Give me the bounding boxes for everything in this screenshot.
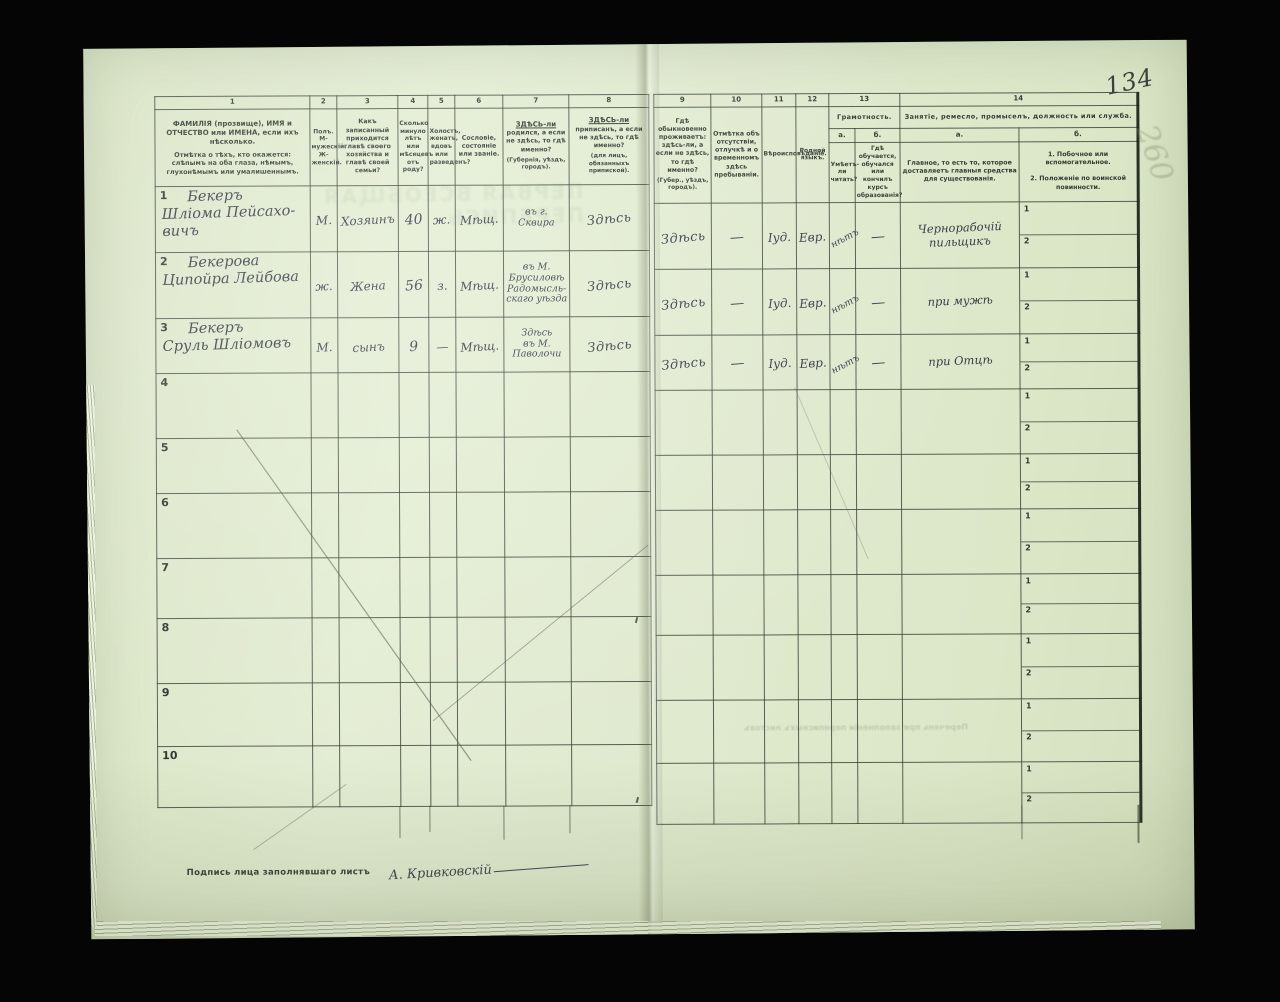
age-cell: 40 xyxy=(398,185,428,251)
table-row: 2 Бекерова Ципойра Лейбова ж. Жена 56 з.… xyxy=(155,250,649,318)
name-handwriting: Бекеръ Шліома Пейсахо- вичъ xyxy=(161,186,310,242)
name-handwriting: Бекеръ Сруль Шліомовъ xyxy=(162,318,311,357)
residence-cell xyxy=(656,700,713,763)
marital-handwriting: ж. xyxy=(433,212,451,227)
side-occupation-cell: 1 2 xyxy=(1020,388,1139,454)
patronymic-handwriting xyxy=(164,682,312,687)
estate-cell: Мѣщ. xyxy=(456,317,504,372)
literacy-cell xyxy=(831,574,857,634)
education-cell: — xyxy=(856,268,901,334)
col13a-letter: а. xyxy=(829,129,855,143)
sub-row-2-label: 2 xyxy=(1024,236,1030,245)
givenname-handwriting: Ципойра Лейбова xyxy=(162,269,310,291)
birthplace-cell xyxy=(505,492,571,557)
givenname-handwriting xyxy=(163,372,311,377)
absence-cell xyxy=(712,455,763,510)
birthplace-cell xyxy=(504,372,570,437)
table-row: 5 xyxy=(156,436,650,493)
estate-handwriting: Мѣщ. xyxy=(460,278,499,294)
givenname-handwriting: Сруль Шліомовъ xyxy=(162,335,310,357)
sub-row-2-label: 2 xyxy=(1024,302,1030,311)
side-occupation-cell: 1 2 xyxy=(1021,633,1140,699)
religion-cell xyxy=(763,454,797,509)
occupation-handwriting: при мужѣ xyxy=(901,291,1019,310)
literacy-cell xyxy=(831,509,857,574)
relation-handwriting: Жена xyxy=(350,278,386,294)
sex-cell xyxy=(312,493,339,558)
relation-cell xyxy=(339,618,400,683)
name-cell: 7 xyxy=(157,558,312,619)
language-cell xyxy=(797,454,830,509)
left-table-body: 1 Бекеръ Шліома Пейсахо- вичъ М. Хозяинъ… xyxy=(155,184,652,807)
religion-cell: Іуд. xyxy=(763,268,797,334)
occupation-handwriting xyxy=(903,728,1021,733)
col14a-header: Главное, то есть то, которое доставляетъ… xyxy=(900,142,1019,202)
center-fold xyxy=(635,42,663,937)
sex-handwriting: ж. xyxy=(315,279,333,294)
col10-header: Отмѣтка объ отсутствіи, отлучкѣ и о врем… xyxy=(711,107,762,203)
givenname-handwriting xyxy=(164,682,312,687)
education-handwriting: — xyxy=(871,294,886,311)
name-handwriting xyxy=(163,372,311,377)
education-cell xyxy=(857,574,902,634)
residence-cell xyxy=(657,763,714,824)
patronymic-handwriting xyxy=(163,492,311,497)
residence-cell: Здѣсь xyxy=(655,269,712,335)
occupation-handwriting xyxy=(903,664,1021,669)
age-handwriting: 56 xyxy=(404,277,423,294)
estate-cell xyxy=(457,682,505,745)
row-number: 5 xyxy=(161,441,169,454)
page-stack-edges-left xyxy=(86,384,97,927)
residence-cell: Здѣсь xyxy=(655,335,712,390)
row-number: 6 xyxy=(161,496,169,509)
age-cell: 56 xyxy=(398,251,428,317)
education-cell xyxy=(857,509,902,574)
column-header-row: ФАМИЛІЯ (прозвище), ИМЯ и ОТЧЕСТВО или И… xyxy=(155,107,649,186)
givenname-handwriting xyxy=(164,617,312,622)
name-handwriting xyxy=(164,617,312,622)
surname-handwriting xyxy=(190,682,312,686)
occupation-cell: Чернорабочій пильщикъ xyxy=(900,202,1019,269)
patronymic-handwriting xyxy=(163,437,311,442)
language-cell: Евр. xyxy=(797,334,830,389)
signature-line: Подпись лица заполнявшаго листъ А. Кривк… xyxy=(187,858,590,879)
sub-row-1-label: 1 xyxy=(1026,701,1032,710)
patronymic-handwriting xyxy=(163,557,311,562)
signature-label: Подпись лица заполнявшаго листъ xyxy=(187,867,370,878)
relation-cell xyxy=(339,558,400,618)
literacy-cell xyxy=(830,389,856,454)
birthplace-cell xyxy=(505,557,571,617)
language-cell: Евр. xyxy=(797,268,830,334)
sex-cell xyxy=(313,746,340,807)
birthplace-cell xyxy=(505,617,571,682)
literacy-cell xyxy=(831,699,857,762)
marital-handwriting: з. xyxy=(437,279,448,294)
name-cell: 3 Бекеръ Сруль Шліомовъ xyxy=(156,318,311,374)
literacy-cell xyxy=(832,762,858,823)
age-cell xyxy=(399,372,429,437)
absence-cell xyxy=(713,635,764,700)
language-handwriting: Евр. xyxy=(799,229,827,245)
name-handwriting xyxy=(163,557,311,562)
patronymic-handwriting: вичъ xyxy=(162,220,310,242)
relation-handwriting: сынъ xyxy=(352,339,385,355)
sub-row-2-label: 2 xyxy=(1026,668,1032,677)
relation-cell: сынъ xyxy=(338,318,399,373)
absence-cell xyxy=(713,510,764,575)
patronymic-handwriting xyxy=(164,617,312,622)
table-row: 4 xyxy=(156,371,650,438)
marital-cell: з. xyxy=(428,251,455,317)
sex-cell xyxy=(311,438,338,493)
column-number: 1 xyxy=(155,96,310,110)
age-handwriting: 9 xyxy=(409,338,419,355)
religion-cell xyxy=(764,699,798,762)
col13b-header: Гдѣ обучается, обучался или кончилъ курс… xyxy=(855,142,900,202)
sub-row-2-label: 2 xyxy=(1025,543,1031,552)
table-row: 1 2 xyxy=(656,698,1140,763)
absence-handwriting: — xyxy=(730,295,745,312)
birthplace-cell xyxy=(505,682,571,745)
name-cell: 5 xyxy=(156,438,311,494)
name-handwriting xyxy=(164,682,312,687)
sub-row-1-label: 1 xyxy=(1024,270,1030,279)
sex-cell xyxy=(312,558,339,618)
estate-cell: Мѣщ. xyxy=(455,185,503,251)
sub-row-1-label: 1 xyxy=(1025,456,1031,465)
side-occupation-cell: 1 2 xyxy=(1020,333,1139,389)
relation-cell xyxy=(338,438,399,493)
col14b-letter: б. xyxy=(1019,127,1138,142)
table-row: 1 2 xyxy=(655,388,1139,455)
table-row: 3 Бекеръ Сруль Шліомовъ М. сынъ 9 — Мѣщ.… xyxy=(156,316,650,373)
birthplace-cell: въ М. Брусиловѣ Радомысль- скаго уѣзда xyxy=(503,251,569,317)
sub-row-1-label: 1 xyxy=(1024,204,1030,213)
registration-handwriting: Здѣсь xyxy=(587,337,633,356)
language-handwriting: Евр. xyxy=(799,295,827,311)
name-handwriting xyxy=(163,437,311,442)
education-cell xyxy=(858,762,903,823)
religion-cell xyxy=(764,509,798,574)
sex-cell xyxy=(312,683,339,746)
column-number: 13 xyxy=(829,93,900,106)
language-cell xyxy=(798,699,831,762)
religion-handwriting: Іуд. xyxy=(767,229,791,244)
sex-cell: М. xyxy=(311,318,338,373)
age-cell xyxy=(399,437,429,492)
table-row: 8 xyxy=(157,616,651,683)
religion-cell: Іуд. xyxy=(762,202,796,268)
language-cell xyxy=(798,634,831,699)
side-occupation-cell: 1 2 xyxy=(1019,201,1138,268)
table-row: 6 xyxy=(157,491,651,558)
sub-row-2-label: 2 xyxy=(1024,363,1030,372)
residence-cell: Здѣсь xyxy=(654,203,711,269)
occupation-handwriting xyxy=(902,539,1020,544)
estate-handwriting: Мѣщ. xyxy=(460,212,499,228)
birthplace-handwriting: Здѣсь xyxy=(505,328,568,339)
sex-handwriting: М. xyxy=(315,213,332,228)
col13-title: Грамотность. xyxy=(829,106,900,128)
sub-row-1-label: 1 xyxy=(1025,391,1031,400)
education-handwriting: — xyxy=(870,228,885,245)
birthplace-cell: въ г. Сквира xyxy=(503,185,569,251)
sex-cell: ж. xyxy=(310,252,337,318)
estate-cell xyxy=(456,372,504,437)
education-cell xyxy=(857,634,902,699)
table-row: Здѣсь — Іуд. Евр. нѣтъ — Чернорабочій пи… xyxy=(654,201,1138,269)
language-cell: Евр. xyxy=(796,202,829,268)
col7-header: ЗДѢСЬ-ли родился, а если не здѣсь, то гд… xyxy=(503,108,569,185)
relation-cell: Хозяинъ xyxy=(337,186,398,252)
surname-handwriting xyxy=(190,745,312,749)
sub-row-1-label: 1 xyxy=(1026,636,1032,645)
rule-tail xyxy=(569,805,570,833)
surname-handwriting xyxy=(189,492,311,496)
marital-cell xyxy=(430,617,457,682)
name-handwriting xyxy=(164,745,312,750)
education-cell: — xyxy=(856,334,901,389)
table-row: Здѣсь — Іуд. Евр. нѣтъ — при мужѣ 1 2 xyxy=(655,267,1139,335)
side-occupation-cell: 1 2 xyxy=(1020,267,1139,334)
column-number: 14 xyxy=(900,92,1138,106)
table-row: 9 xyxy=(157,681,651,746)
language-cell xyxy=(798,509,831,574)
birthplace-handwriting: въ г. xyxy=(505,207,568,218)
estate-handwriting: Мѣщ. xyxy=(460,338,499,354)
row-number: 9 xyxy=(162,686,170,699)
rule-tail xyxy=(1137,805,1139,843)
side-occupation-cell: 1 2 xyxy=(1020,453,1139,509)
name-cell: 2 Бекерова Ципойра Лейбова xyxy=(155,252,310,319)
residence-handwriting: Здѣсь xyxy=(660,228,706,247)
age-cell xyxy=(401,745,431,806)
table-row: 1 2 xyxy=(656,573,1140,635)
census-table-left-page: 1 2 3 4 5 6 7 8 ФАМИЛІЯ (прозвище), ИМЯ … xyxy=(154,94,652,808)
birthplace-cell xyxy=(504,437,570,492)
surname-handwriting xyxy=(189,372,311,376)
relation-handwriting: Хозяинъ xyxy=(341,212,396,229)
marital-cell xyxy=(430,682,457,745)
col3-header: Какъ записанный приходится главѣ своего … xyxy=(337,109,398,186)
language-cell xyxy=(799,762,832,823)
marital-cell: — xyxy=(429,317,456,372)
column-header-row: Гдѣ обыкновенно проживаетъ: здѣсь-ли, а … xyxy=(654,105,1138,129)
col14b-header: 1. Побочное или вспомогательное. 2. Поло… xyxy=(1019,141,1138,201)
absence-handwriting: — xyxy=(729,229,744,246)
givenname-handwriting xyxy=(163,492,311,497)
name-cell: 9 xyxy=(157,683,312,747)
relation-cell xyxy=(339,493,400,558)
givenname-handwriting xyxy=(164,745,312,750)
religion-cell xyxy=(763,389,797,454)
estate-cell xyxy=(458,745,506,806)
age-cell xyxy=(400,617,430,682)
marital-cell xyxy=(430,492,457,557)
absence-cell xyxy=(713,700,764,763)
absence-handwriting: — xyxy=(730,355,745,372)
sex-cell xyxy=(312,618,339,683)
patronymic-handwriting xyxy=(163,372,311,377)
row-number: 8 xyxy=(162,621,170,634)
occupation-cell xyxy=(902,634,1021,700)
literacy-cell: нѣтъ xyxy=(829,202,855,268)
education-handwriting: — xyxy=(871,355,886,372)
column-number: 10 xyxy=(711,94,762,107)
education-cell: — xyxy=(855,202,900,268)
row-number: 4 xyxy=(161,376,169,389)
rule-tail xyxy=(429,806,430,832)
religion-cell xyxy=(764,574,798,634)
sub-row-1-label: 1 xyxy=(1025,511,1031,520)
absence-cell: — xyxy=(712,269,763,335)
column-number: 12 xyxy=(796,94,829,107)
sub-row-2-label: 2 xyxy=(1026,794,1032,803)
occupation-cell xyxy=(902,699,1021,763)
literacy-cell xyxy=(830,454,856,509)
age-handwriting: 40 xyxy=(404,211,423,228)
birthplace-cell xyxy=(506,745,572,806)
occupation-cell xyxy=(901,389,1020,455)
column-number: 5 xyxy=(428,95,455,108)
religion-handwriting: Іуд. xyxy=(768,295,792,310)
col13a-header: Умѣетъ-ли читать? xyxy=(829,143,855,203)
col2-header: Полъ. М-мужескій. Ж-женскій. xyxy=(310,109,337,186)
col14a-letter: а. xyxy=(900,128,1019,143)
right-table-header: 9 10 11 12 13 14 Гдѣ обыкновенно прожива… xyxy=(654,92,1138,203)
age-cell xyxy=(400,682,430,745)
column-number: 6 xyxy=(455,95,503,108)
religion-cell: Іуд. xyxy=(763,334,797,389)
rule-tail xyxy=(1021,805,1022,839)
sub-row-2-label: 2 xyxy=(1026,732,1032,741)
occupation-cell xyxy=(901,454,1020,510)
occupation-cell: при Отцѣ xyxy=(901,334,1020,390)
sex-handwriting: М. xyxy=(316,339,333,354)
language-handwriting: Евр. xyxy=(799,356,827,372)
column-number: 4 xyxy=(398,95,428,108)
name-handwriting xyxy=(163,492,311,497)
name-cell: 8 xyxy=(157,618,312,684)
education-cell xyxy=(857,699,902,762)
residence-cell xyxy=(656,510,713,575)
registration-handwriting: Здѣсь xyxy=(587,276,633,295)
occupation-cell: при мужѣ xyxy=(901,268,1020,335)
table-row: 1 2 xyxy=(656,508,1140,575)
sub-row-2-label: 2 xyxy=(1025,423,1031,432)
absence-cell xyxy=(714,763,765,824)
absence-cell xyxy=(713,575,764,635)
left-table-header: 1 2 3 4 5 6 7 8 ФАМИЛІЯ (прозвище), ИМЯ … xyxy=(155,94,649,186)
residence-cell xyxy=(655,390,712,455)
surname-handwriting xyxy=(189,557,311,561)
side-occupation-cell: 1 2 xyxy=(1021,573,1140,634)
estate-cell xyxy=(457,617,505,682)
relation-cell: Жена xyxy=(337,252,398,318)
marital-cell xyxy=(429,372,456,437)
sex-cell xyxy=(311,373,338,438)
education-cell xyxy=(856,454,901,509)
column-number: 9 xyxy=(654,94,711,107)
name-handwriting: Бекерова Ципойра Лейбова xyxy=(162,252,311,291)
table-row: 10 xyxy=(158,744,652,807)
sub-row-1-label: 1 xyxy=(1026,764,1032,773)
side-occupation-cell: 1 2 xyxy=(1021,698,1140,762)
relation-cell xyxy=(340,746,401,807)
language-cell xyxy=(797,389,830,454)
residence-handwriting: Здѣсь xyxy=(660,294,706,313)
estate-cell: Мѣщ. xyxy=(455,251,503,317)
col9-header: Гдѣ обыкновенно проживаетъ: здѣсь-ли, а … xyxy=(654,107,711,203)
col4-header: Сколько минуло лѣтъ или мѣсяцевъ отъ род… xyxy=(398,108,428,185)
row-number: 10 xyxy=(162,749,177,762)
literacy-cell xyxy=(831,634,857,699)
givenname-handwriting xyxy=(163,557,311,562)
marital-cell xyxy=(431,745,458,806)
sub-row-1-label: 1 xyxy=(1025,576,1031,585)
census-sheet-scan: ПЕРВАЯ ВСЕОБЩАЯ ПЕРЕПИСЬ Перечень при за… xyxy=(0,0,1280,1002)
residence-cell xyxy=(656,635,713,700)
occupation-cell xyxy=(902,509,1021,575)
marital-cell xyxy=(429,437,456,492)
marital-cell xyxy=(430,557,457,617)
absence-cell xyxy=(712,390,763,455)
relation-cell xyxy=(339,683,400,746)
col11-header: Вѣроисповѣданіе. xyxy=(762,107,796,203)
religion-cell xyxy=(765,762,799,823)
estate-cell xyxy=(456,437,504,492)
col5-header: Холостъ, женатъ, вдовъ или разведенъ? xyxy=(428,108,455,185)
occupation-handwriting xyxy=(902,419,1020,424)
occupation-handwriting: при Отцѣ xyxy=(901,352,1019,371)
literacy-cell: нѣтъ xyxy=(830,268,856,334)
sub-row-1-label: 1 xyxy=(1024,336,1030,345)
residence-cell xyxy=(655,455,712,510)
table-row: 1 2 xyxy=(656,633,1140,700)
language-cell xyxy=(798,574,831,634)
birthplace-cell: Здѣсь въ М. Паволочи xyxy=(504,317,570,372)
page-stack-edges-bottom xyxy=(95,921,1161,936)
col12-header: Родной языкъ. xyxy=(796,107,829,203)
table-row: 1 Бекеръ Шліома Пейсахо- вичъ М. Хозяинъ… xyxy=(155,184,649,252)
column-number: 11 xyxy=(762,94,796,107)
table-row: 7 xyxy=(157,556,651,618)
religion-cell xyxy=(764,634,798,699)
enumerator-signature-handwriting: А. Кривковскій xyxy=(389,857,590,883)
marital-handwriting: — xyxy=(436,339,449,354)
row-number: 7 xyxy=(161,561,169,574)
name-cell: 4 xyxy=(156,373,311,439)
col6-header: Сословіе, состояніе или званіе. xyxy=(455,108,503,185)
name-cell: 6 xyxy=(157,493,312,559)
sub-row-2-label: 2 xyxy=(1026,605,1032,614)
absence-cell: — xyxy=(711,203,762,269)
column-number: 3 xyxy=(337,96,398,109)
residence-handwriting: Здѣсь xyxy=(661,355,707,374)
census-table-right-page: 9 10 11 12 13 14 Гдѣ обыкновенно прожива… xyxy=(653,92,1142,825)
education-cell xyxy=(856,389,901,454)
relation-cell xyxy=(338,373,399,438)
occupation-handwriting xyxy=(902,479,1020,484)
booklet-spread: ПЕРВАЯ ВСЕОБЩАЯ ПЕРЕПИСЬ Перечень при за… xyxy=(83,40,1195,940)
name-cell: 10 xyxy=(158,746,313,808)
estate-cell xyxy=(457,557,505,617)
patronymic-handwriting xyxy=(164,745,312,750)
column-number: 7 xyxy=(503,95,569,108)
age-cell: 9 xyxy=(399,317,429,372)
